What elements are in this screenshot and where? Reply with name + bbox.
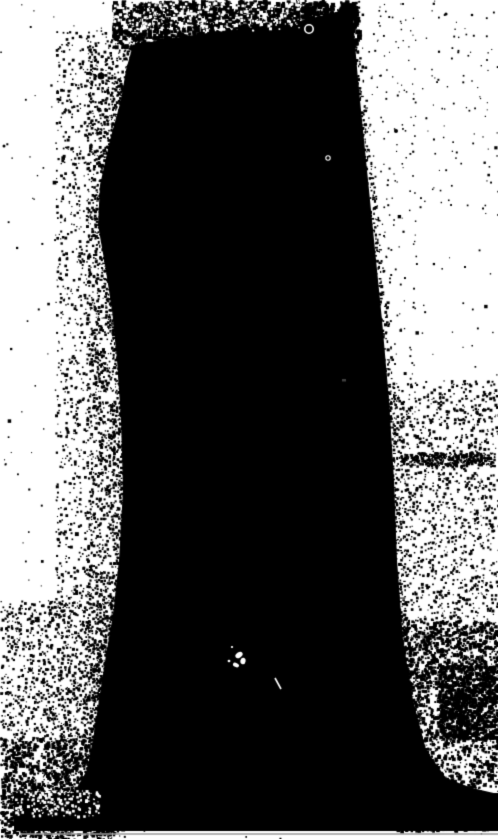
photocopy-scan: [0, 0, 498, 839]
scan-canvas: [0, 0, 498, 839]
